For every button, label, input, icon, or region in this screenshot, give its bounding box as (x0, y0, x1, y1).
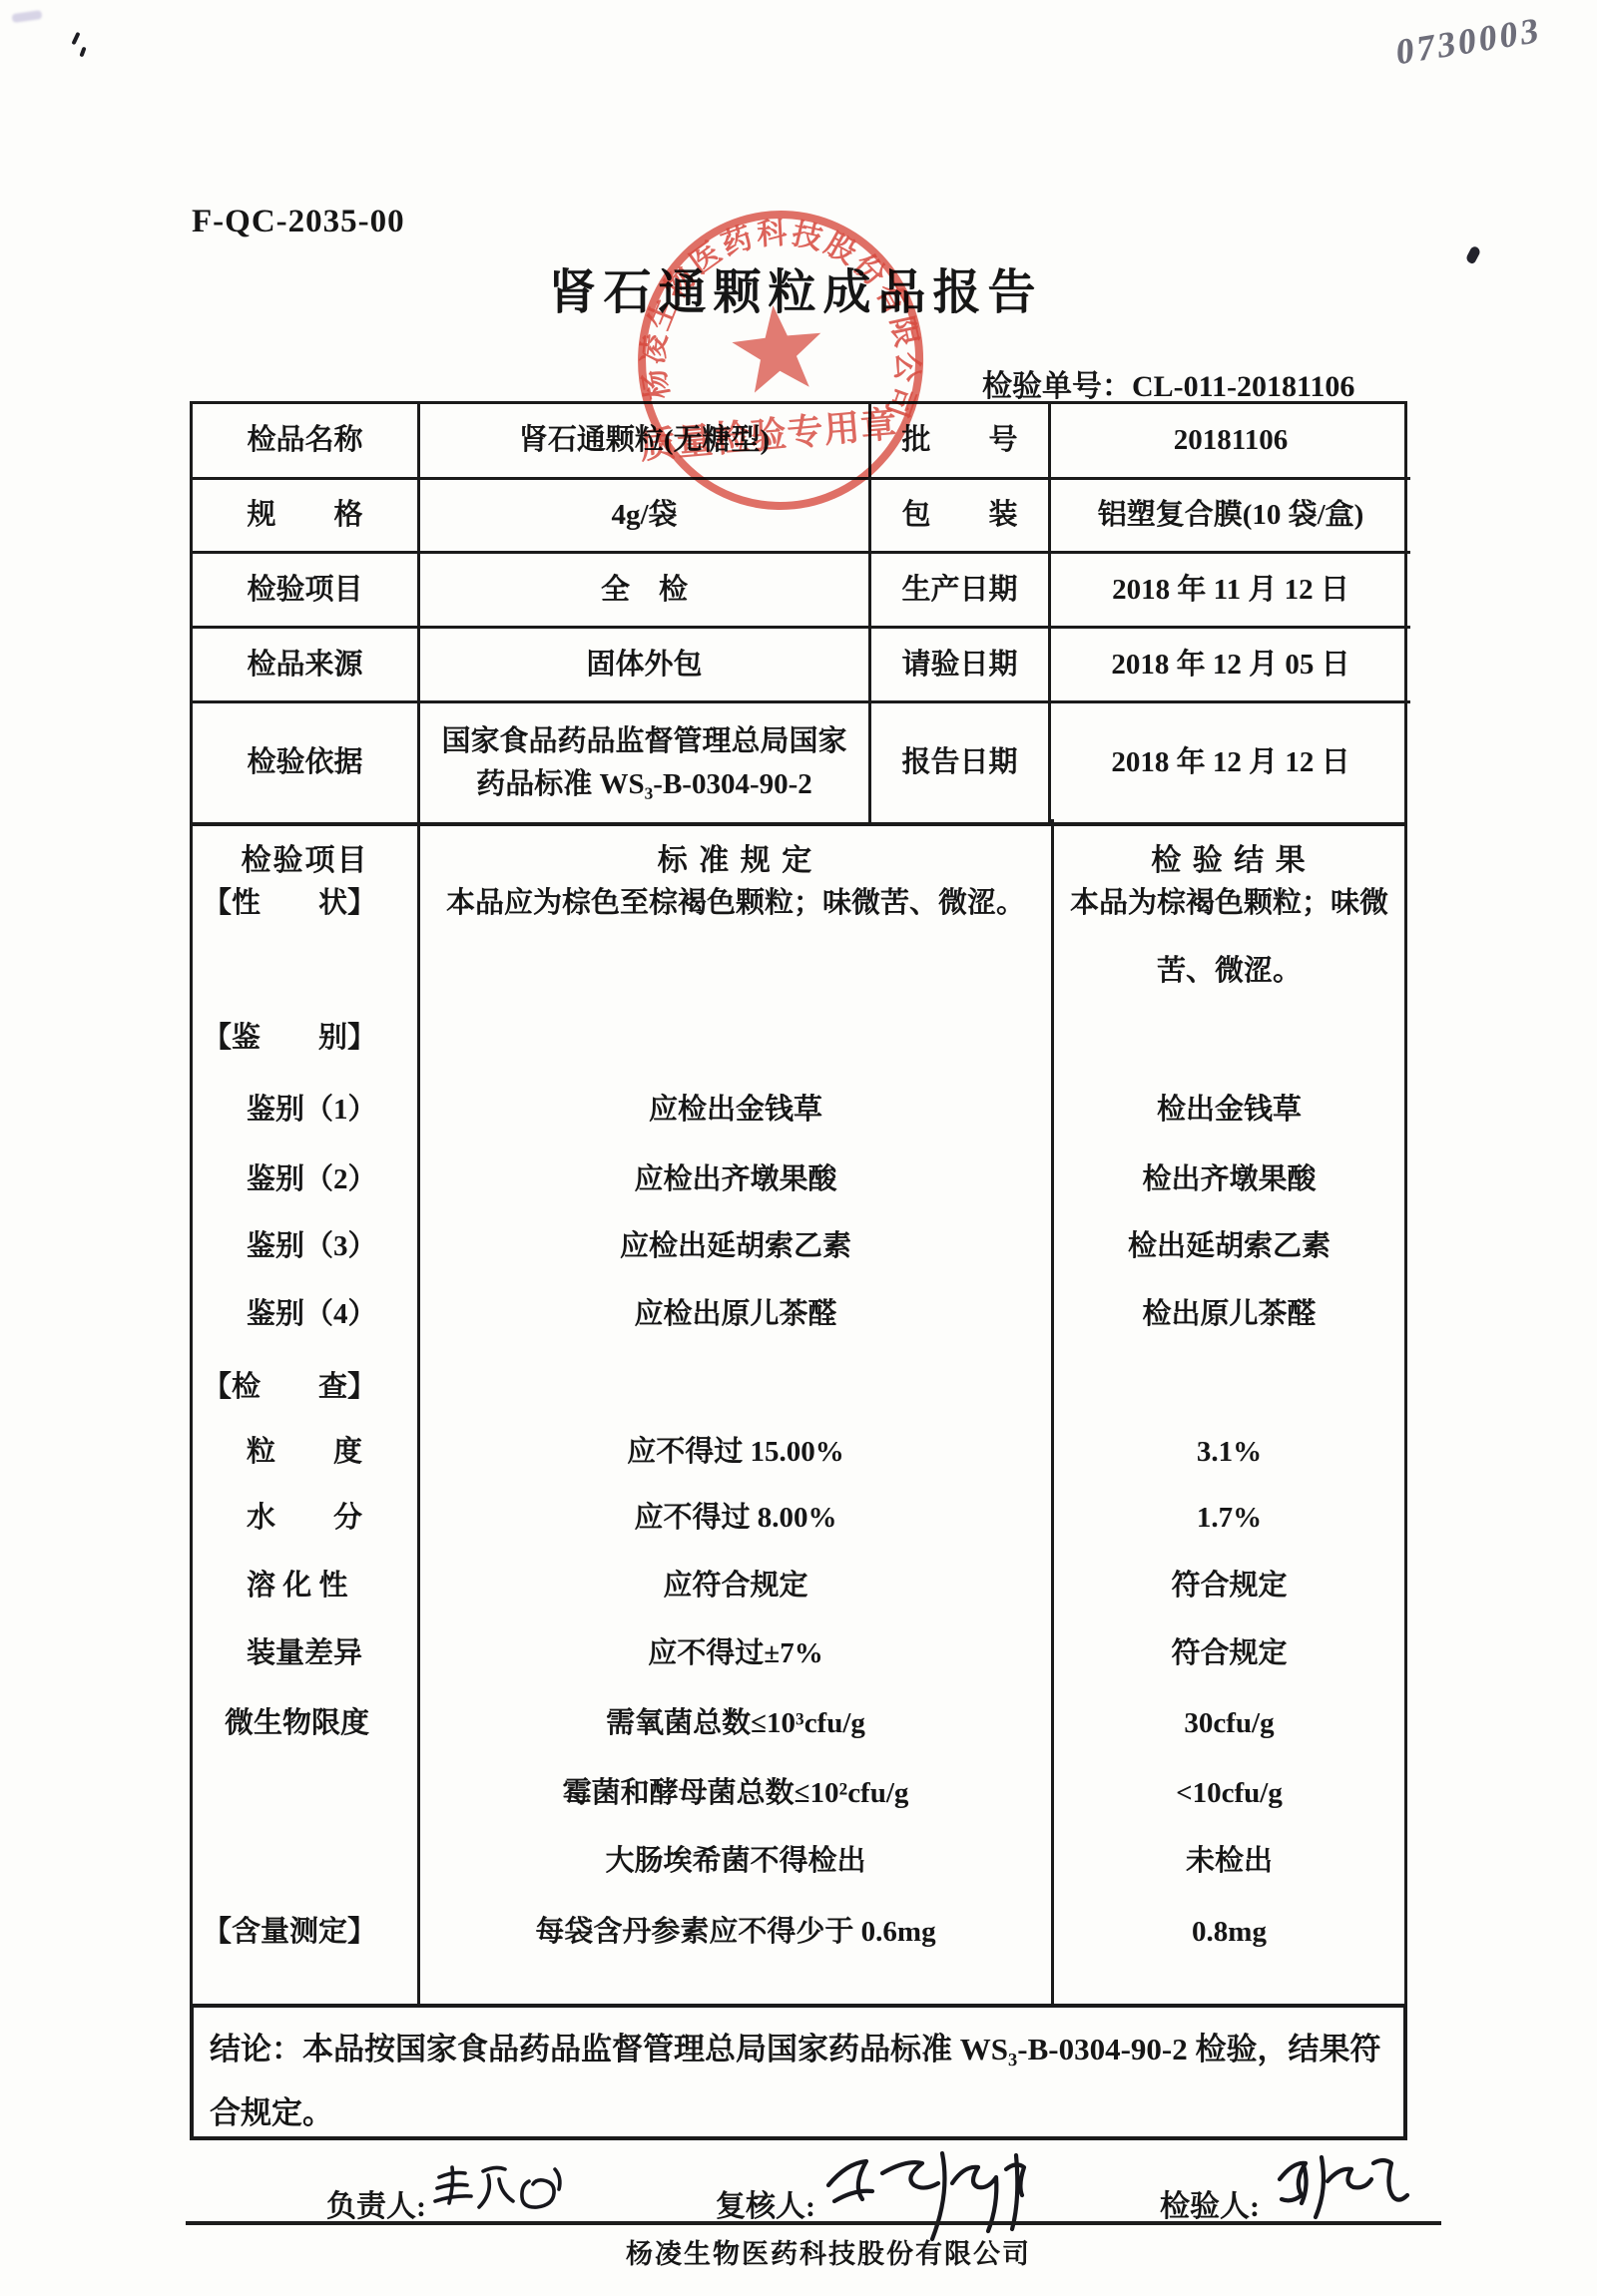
pen-tick-mark (79, 47, 86, 58)
result-row-microbial-ecoli: 大肠埃希菌不得检出 未检出 (193, 1841, 1404, 1881)
result-row-assay: 【含量测定】 每袋含丹参素应不得少于 0.6mg 0.8mg (193, 1912, 1404, 1952)
info-label: 检验项目 (193, 554, 420, 629)
responsible-signature (433, 2157, 583, 2219)
result-standard: 应检出原儿茶醛 (420, 1294, 1051, 1334)
result-value: 本品为棕褐色颗粒；味微苦、微涩。 (1054, 869, 1404, 1005)
result-standard: 应不得过±7% (420, 1633, 1051, 1673)
result-standard: 应检出齐墩果酸 (420, 1159, 1051, 1199)
handwritten-code: 0730003 (1396, 8, 1542, 74)
result-item-label: 【检 查】 (193, 1367, 417, 1407)
info-label: 请验日期 (871, 629, 1051, 703)
stamp-star-icon (729, 300, 826, 394)
result-value: 检出原儿茶醛 (1054, 1294, 1404, 1334)
form-code: F-QC-2035-00 (192, 204, 405, 240)
result-row-solubility: 溶 化 性 应符合规定 符合规定 (193, 1566, 1404, 1606)
result-row-identification-2: 鉴别（2） 应检出齐墩果酸 检出齐墩果酸 (193, 1159, 1404, 1199)
result-row-identification-4: 鉴别（4） 应检出原儿茶醛 检出原儿茶醛 (193, 1294, 1404, 1334)
report-number-value: CL-011-20181106 (1132, 370, 1354, 403)
stamp-banner-text: 质量检验专用章 (638, 403, 899, 466)
ink-blot-mark (1465, 245, 1482, 265)
result-value: 0.8mg (1054, 1912, 1404, 1952)
result-row-fill-variation: 装量差异 应不得过±7% 符合规定 (193, 1633, 1404, 1673)
footer-company-name: 杨凌生物医药科技股份有限公司 (626, 2232, 1031, 2271)
result-section-identification: 【鉴 别】 (193, 1018, 1404, 1058)
info-value: 国家食品药品监督管理总局国家药品标准 WS₃-B-0304-90-2 (420, 703, 871, 822)
result-item-label: 【鉴 别】 (193, 1018, 417, 1058)
scanned-report-page: 0730003 F-QC-2035-00 肾石通颗粒成品报告 检验单号：CL-0… (0, 0, 1597, 2296)
info-value: 2018 年 11 月 12 日 (1051, 554, 1410, 629)
result-standard: 需氧菌总数≤10³cfu/g (420, 1703, 1051, 1743)
info-value: 铝塑复合膜(10 袋/盒) (1051, 480, 1410, 554)
result-item-label: 鉴别（2） (193, 1159, 417, 1199)
result-value: 30cfu/g (1054, 1703, 1404, 1743)
result-row-appearance: 【性 状】 本品应为棕色至棕褐色颗粒；味微苦、微涩。 本品为棕褐色颗粒；味微苦、… (193, 883, 1404, 923)
result-item-label: 鉴别（3） (193, 1226, 417, 1266)
result-value: 1.7% (1054, 1498, 1404, 1538)
info-label: 报告日期 (871, 703, 1051, 822)
info-label: 检验依据 (193, 703, 420, 822)
info-label: 生产日期 (871, 554, 1051, 629)
info-value: 固体外包 (420, 629, 871, 703)
result-standard: 应不得过 8.00% (420, 1498, 1051, 1538)
company-stamp: 杨凌生物医药科技股份有限公司 质量检验专用章 (605, 192, 955, 533)
info-value: 2018 年 12 月 12 日 (1051, 703, 1410, 822)
conclusion-text: 本品按国家食品药品监督管理总局国家药品标准 WS₃-B-0304-90-2 检验… (210, 2032, 1381, 2130)
result-value: 3.1% (1054, 1432, 1404, 1472)
result-standard: 霉菌和酵母菌总数≤10²cfu/g (420, 1773, 1051, 1813)
column-header-standard: 标 准 规 定 (420, 841, 1051, 881)
result-item-label: 装量差异 (193, 1633, 417, 1673)
signature-underline (186, 2221, 1441, 2225)
result-value: 检出金钱草 (1054, 1090, 1404, 1130)
result-item-label: 【含量测定】 (193, 1912, 417, 1952)
info-value: 2018 年 12 月 05 日 (1051, 629, 1410, 703)
result-value: 检出齐墩果酸 (1054, 1159, 1404, 1199)
result-value: 检出延胡索乙素 (1054, 1226, 1404, 1266)
result-row-identification-3: 鉴别（3） 应检出延胡索乙素 检出延胡索乙素 (193, 1226, 1404, 1266)
result-section-tests: 【检 查】 (193, 1367, 1404, 1407)
result-item-label: 鉴别（4） (193, 1294, 417, 1334)
result-row-microbial-mold: 霉菌和酵母菌总数≤10²cfu/g <10cfu/g (193, 1773, 1404, 1813)
result-item-label: 微生物限度 (193, 1703, 417, 1743)
info-value: 20181106 (1051, 404, 1410, 480)
reviewer-label: 复核人: (716, 2181, 815, 2225)
result-item-label: 溶 化 性 (193, 1566, 417, 1606)
result-standard: 应不得过 15.00% (420, 1432, 1051, 1472)
result-item-label: 鉴别（1） (193, 1090, 417, 1130)
result-standard: 大肠埃希菌不得检出 (420, 1841, 1051, 1881)
conclusion-label: 结论： (210, 2032, 302, 2066)
inspector-signature (1270, 2147, 1419, 2227)
column-header-item: 检验项目 (193, 841, 417, 881)
result-item-label: 粒 度 (193, 1432, 417, 1472)
info-value: 全 检 (420, 554, 871, 629)
result-row-microbial-aerobic: 微生物限度 需氧菌总数≤10³cfu/g 30cfu/g (193, 1703, 1404, 1743)
result-standard: 每袋含丹参素应不得少于 0.6mg (420, 1912, 1051, 1952)
results-table: 检验项目 标 准 规 定 检 验 结 果 【性 状】 本品应为棕色至棕褐色颗粒；… (190, 819, 1407, 2004)
result-standard: 应检出延胡索乙素 (420, 1226, 1051, 1266)
result-row-particle-size: 粒 度 应不得过 15.00% 3.1% (193, 1432, 1404, 1472)
result-standard: 本品应为棕色至棕褐色颗粒；味微苦、微涩。 (420, 883, 1051, 923)
scan-smudge (12, 10, 43, 23)
result-item-label: 【性 状】 (193, 883, 417, 923)
inspector-label: 检验人: (1160, 2181, 1260, 2225)
result-value: 符合规定 (1054, 1566, 1404, 1606)
result-item-label: 水 分 (193, 1498, 417, 1538)
result-standard: 应检出金钱草 (420, 1090, 1051, 1130)
stamp-ring-text: 杨凌生物医药科技股份有限公司 (635, 211, 928, 424)
result-row-identification-1: 鉴别（1） 应检出金钱草 检出金钱草 (193, 1090, 1404, 1130)
info-label: 检品来源 (193, 629, 420, 703)
info-label: 检品名称 (193, 404, 420, 480)
report-number-line: 检验单号：CL-011-20181106 (982, 361, 1354, 405)
result-value: 符合规定 (1054, 1633, 1404, 1673)
result-row-moisture: 水 分 应不得过 8.00% 1.7% (193, 1498, 1404, 1538)
conclusion-box: 结论：本品按国家食品药品监督管理总局国家药品标准 WS₃-B-0304-90-2… (190, 2004, 1407, 2140)
result-standard: 应符合规定 (420, 1566, 1051, 1606)
pen-tick-mark (71, 32, 80, 45)
table-divider (417, 819, 420, 2004)
report-number-label: 检验单号： (982, 370, 1132, 403)
result-value: 未检出 (1054, 1841, 1404, 1881)
info-label: 规 格 (193, 480, 420, 554)
result-value: <10cfu/g (1054, 1773, 1404, 1813)
responsible-person-label: 负责人: (326, 2181, 426, 2225)
